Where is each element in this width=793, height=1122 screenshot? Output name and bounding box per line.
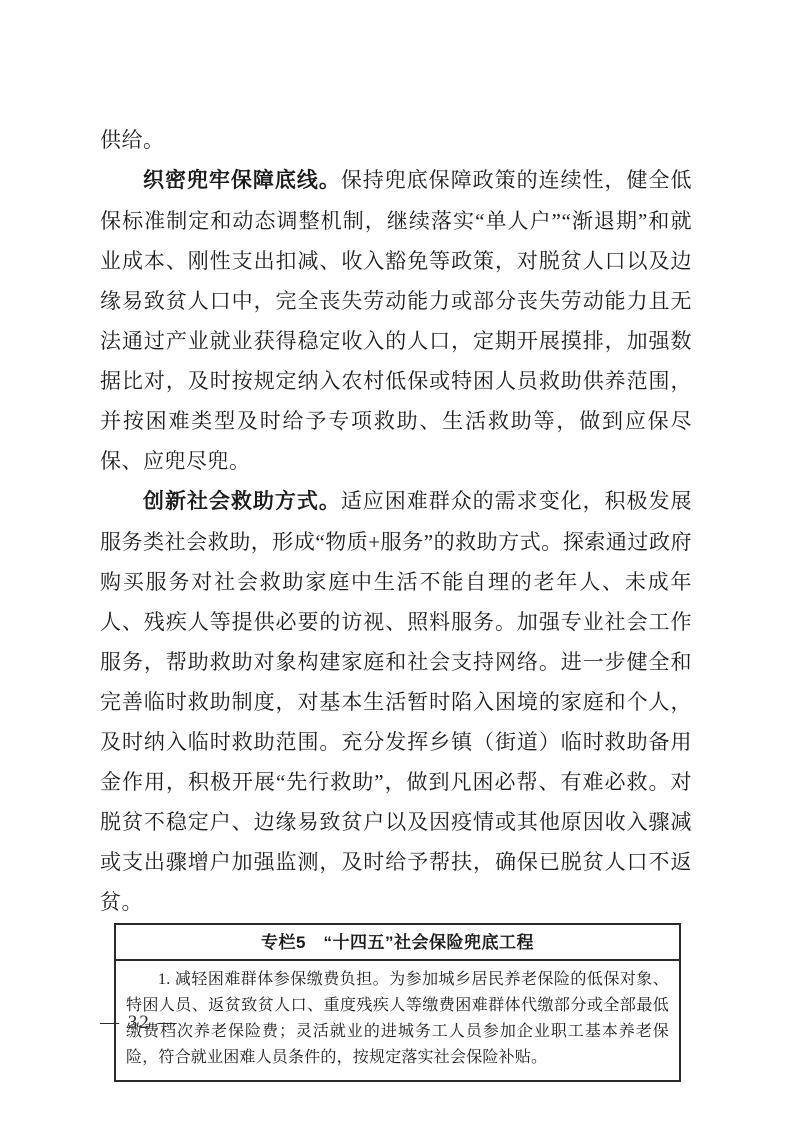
paragraph-text: 适应困难群众的需求变化，积极发展服务类社会救助，形成“物质+服务”的救助方式。探… (100, 489, 692, 914)
page-number: — 32 — (100, 1012, 179, 1034)
paragraph-text: 保持兜底保障政策的连续性，健全低保标准制定和动态调整机制，继续落实“单人户”“渐… (100, 168, 692, 473)
document-page: 供给。 织密兜牢保障底线。保持兜底保障政策的连续性，健全低保标准制定和动态调整机… (0, 0, 793, 1122)
policy-column-box-body: 1. 减轻困难群体参保缴费负担。为参加城乡居民养老保险的低保对象、特困人员、返贫… (116, 961, 679, 1080)
paragraph-bold-lead: 织密兜牢保障底线。 (143, 169, 341, 192)
policy-column-box: 专栏5 “十四五”社会保险兜底工程 1. 减轻困难群体参保缴费负担。为参加城乡居… (114, 923, 681, 1082)
paragraph-bold-lead: 创新社会救助方式。 (143, 490, 341, 513)
page-content: 供给。 织密兜牢保障底线。保持兜底保障政策的连续性，健全低保标准制定和动态调整机… (100, 120, 692, 1082)
paragraph-weave-safety-net: 织密兜牢保障底线。保持兜底保障政策的连续性，健全低保标准制定和动态调整机制，继续… (100, 160, 692, 481)
paragraph-continuation: 供给。 (100, 120, 692, 160)
paragraph-text: 供给。 (100, 128, 165, 152)
paragraph-innovate-social-assistance: 创新社会救助方式。适应困难群众的需求变化，积极发展服务类社会救助，形成“物质+服… (100, 481, 692, 922)
policy-column-box-title: 专栏5 “十四五”社会保险兜底工程 (116, 925, 679, 961)
